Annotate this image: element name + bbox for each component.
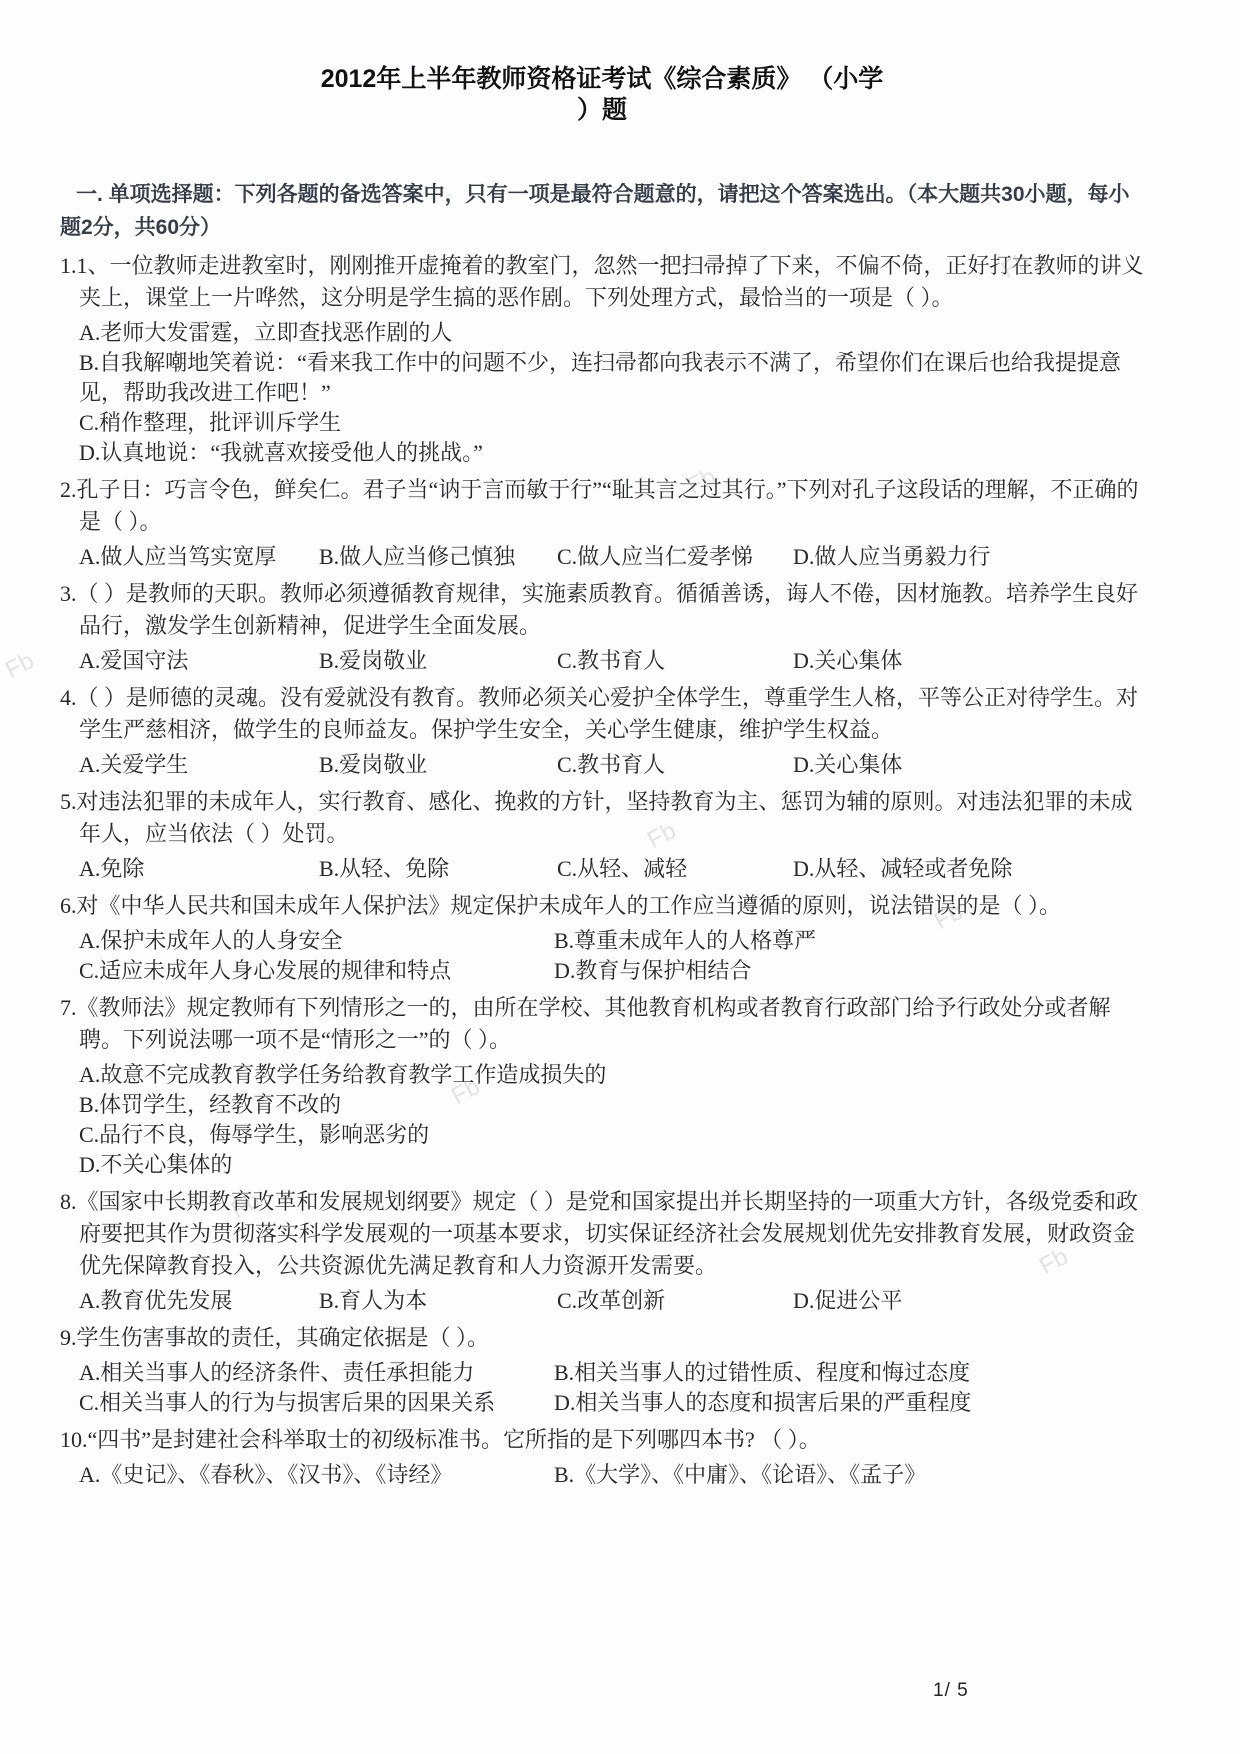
options-group: A.做人应当笃实宽厚B.做人应当修己慎独C.做人应当仁爱孝悌D.做人应当勇毅力行 [79,542,1144,572]
question-block: 7.《教师法》规定教师有下列情形之一的，由所在学校、其他教育机构或者教育行政部门… [60,992,1144,1180]
option-item: D.教育与保护相结合 [554,956,1144,986]
question-stem-text: （ ）是师德的灵魂。没有爱就没有教育。教师必须关心爱护全体学生，尊重学生人格，平… [77,685,1139,742]
option-item: B.育人为本 [319,1286,557,1316]
option-item: C.做人应当仁爱孝悌 [557,542,793,572]
option-item: A.免除 [79,854,319,884]
option-item: A.老师大发雷霆，立即查找恶作剧的人 [79,318,1144,348]
question-block: 9.学生伤害事故的责任，其确定依据是（ ）。A.相关当事人的经济条件、责任承担能… [60,1322,1144,1418]
option-item: B.体罚学生，经教育不改的 [79,1090,1144,1120]
option-item: C.改革创新 [557,1286,793,1316]
option-item: A.教育优先发展 [79,1286,319,1316]
page-number: 1/ 5 [933,1680,969,1702]
question-block: 8.《国家中长期教育改革和发展规划纲要》规定（ ）是党和国家提出并长期坚持的一项… [60,1186,1144,1316]
options-group: A.故意不完成教育教学任务给教育教学工作造成损失的B.体罚学生，经教育不改的C.… [79,1060,1144,1180]
question-stem: 4.（ ）是师德的灵魂。没有爱就没有教育。教师必须关心爱护全体学生，尊重学生人格… [60,682,1144,746]
option-item: B.做人应当修己慎独 [319,542,557,572]
question-stem-text: “四书”是封建社会科举取士的初级标准书。它所指的是下列哪四本书? （ ）。 [88,1427,821,1452]
section-heading: 一. 单项选择题：下列各题的备选答案中，只有一项是最符合题意的，请把这个答案选出… [60,178,1144,244]
options-group: A.免除B.从轻、免除C.从轻、减轻D.从轻、减轻或者免除 [79,854,1144,884]
option-item: D.关心集体 [793,750,1144,780]
option-item: B.《大学》、《中庸》、《论语》、《孟子》 [554,1460,1144,1490]
options-group: A.老师大发雷霆，立即查找恶作剧的人B.自我解嘲地笑着说：“看来我工作中的问题不… [79,318,1144,468]
document-content: 2012年上半年教师资格证考试《综合素质》 （小学 ）题 一. 单项选择题：下列… [0,0,1240,1490]
question-block: 1.1、一位教师走进教室时，刚刚推开虚掩着的教室门，忽然一把扫帚掉了下来，不偏不… [60,250,1144,468]
page-title: 2012年上半年教师资格证考试《综合素质》 （小学 ）题 [232,64,972,126]
question-stem-text: 一位教师走进教室时，刚刚推开虚掩着的教室门，忽然一把扫帚掉了下来，不偏不倚，正好… [79,253,1144,310]
option-item: D.不关心集体的 [79,1150,1144,1180]
question-stem: 7.《教师法》规定教师有下列情形之一的，由所在学校、其他教育机构或者教育行政部门… [60,992,1144,1056]
option-item: D.关心集体 [793,646,1144,676]
question-list: 1.1、一位教师走进教室时，刚刚推开虚掩着的教室门，忽然一把扫帚掉了下来，不偏不… [60,250,1144,1490]
question-number: 1.1、 [60,253,110,278]
option-item: A.做人应当笃实宽厚 [79,542,319,572]
option-item: A.《史记》、《春秋》、《汉书》、《诗经》 [79,1460,554,1490]
option-item: B.爱岗敬业 [319,646,557,676]
question-number: 10. [60,1427,88,1452]
question-stem-text: 学生伤害事故的责任，其确定依据是（ ）。 [77,1325,490,1350]
option-item: D.认真地说：“我就喜欢接受他人的挑战。” [79,438,1144,468]
question-block: 4.（ ）是师德的灵魂。没有爱就没有教育。教师必须关心爱护全体学生，尊重学生人格… [60,682,1144,780]
option-item: D.相关当事人的态度和损害后果的严重程度 [554,1388,1144,1418]
option-item: B.自我解嘲地笑着说：“看来我工作中的问题不少，连扫帚都向我表示不满了，希望你们… [79,348,1144,408]
question-stem: 5.对违法犯罪的未成年人，实行教育、感化、挽救的方针，坚持教育为主、惩罚为辅的原… [60,786,1144,850]
question-stem: 8.《国家中长期教育改革和发展规划纲要》规定（ ）是党和国家提出并长期坚持的一项… [60,1186,1144,1282]
option-item: D.从轻、减轻或者免除 [793,854,1144,884]
question-block: 10.“四书”是封建社会科举取士的初级标准书。它所指的是下列哪四本书? （ ）。… [60,1424,1144,1490]
question-stem: 9.学生伤害事故的责任，其确定依据是（ ）。 [60,1322,1144,1354]
question-number: 9. [60,1325,77,1350]
option-item: A.保护未成年人的人身安全 [79,926,554,956]
option-item: C.教书育人 [557,646,793,676]
question-block: 2.孔子日：巧言令色，鲜矣仁。君子当“讷于言而敏于行”“耻其言之过其行。”下列对… [60,474,1144,572]
question-block: 5.对违法犯罪的未成年人，实行教育、感化、挽救的方针，坚持教育为主、惩罚为辅的原… [60,786,1144,884]
question-stem-text: （ ）是教师的天职。教师必须遵循教育规律，实施素质教育。循循善诱，诲人不倦，因材… [77,581,1139,638]
question-number: 6. [60,893,77,918]
question-stem: 6.对《中华人民共和国未成年人保护法》规定保护未成年人的工作应当遵循的原则，说法… [60,890,1144,922]
title-line-1: 2012年上半年教师资格证考试《综合素质》 （小学 [232,64,972,95]
option-item: D.促进公平 [793,1286,1144,1316]
options-group: A.相关当事人的经济条件、责任承担能力B.相关当事人的过错性质、程度和悔过态度C… [79,1358,1144,1418]
option-item: B.从轻、免除 [319,854,557,884]
question-stem-text: 对《中华人民共和国未成年人保护法》规定保护未成年人的工作应当遵循的原则，说法错误… [77,893,1062,918]
question-stem-text: 孔子日：巧言令色，鲜矣仁。君子当“讷于言而敏于行”“耻其言之过其行。”下列对孔子… [77,477,1139,534]
title-line-2: ）题 [232,95,972,126]
question-number: 8. [60,1189,77,1214]
question-stem: 2.孔子日：巧言令色，鲜矣仁。君子当“讷于言而敏于行”“耻其言之过其行。”下列对… [60,474,1144,538]
option-item: C.从轻、减轻 [557,854,793,884]
option-item: C.适应未成年人身心发展的规律和特点 [79,956,554,986]
question-number: 2. [60,477,77,502]
option-item: C.相关当事人的行为与损害后果的因果关系 [79,1388,554,1418]
options-group: A.《史记》、《春秋》、《汉书》、《诗经》B.《大学》、《中庸》、《论语》、《孟… [79,1460,1144,1490]
question-number: 3. [60,581,77,606]
option-item: C.品行不良，侮辱学生，影响恶劣的 [79,1120,1144,1150]
option-item: C.教书育人 [557,750,793,780]
question-number: 4. [60,685,77,710]
question-stem-text: 《教师法》规定教师有下列情形之一的，由所在学校、其他教育机构或者教育行政部门给予… [77,995,1111,1052]
option-item: C.稍作整理，批评训斥学生 [79,408,1144,438]
option-item: A.故意不完成教育教学任务给教育教学工作造成损失的 [79,1060,1144,1090]
question-number: 5. [60,789,77,814]
question-block: 3.（ ）是教师的天职。教师必须遵循教育规律，实施素质教育。循循善诱，诲人不倦，… [60,578,1144,676]
question-stem: 10.“四书”是封建社会科举取士的初级标准书。它所指的是下列哪四本书? （ ）。 [60,1424,1144,1456]
question-stem: 3.（ ）是教师的天职。教师必须遵循教育规律，实施素质教育。循循善诱，诲人不倦，… [60,578,1144,642]
options-group: A.爱国守法B.爱岗敬业C.教书育人D.关心集体 [79,646,1144,676]
option-item: B.尊重未成年人的人格尊严 [554,926,1144,956]
question-stem: 1.1、一位教师走进教室时，刚刚推开虚掩着的教室门，忽然一把扫帚掉了下来，不偏不… [60,250,1144,314]
question-block: 6.对《中华人民共和国未成年人保护法》规定保护未成年人的工作应当遵循的原则，说法… [60,890,1144,986]
question-stem-text: 对违法犯罪的未成年人，实行教育、感化、挽救的方针，坚持教育为主、惩罚为辅的原则。… [77,789,1133,846]
option-item: B.相关当事人的过错性质、程度和悔过态度 [554,1358,1144,1388]
options-group: A.关爱学生B.爱岗敬业C.教书育人D.关心集体 [79,750,1144,780]
options-group: A.保护未成年人的人身安全B.尊重未成年人的人格尊严C.适应未成年人身心发展的规… [79,926,1144,986]
option-item: D.做人应当勇毅力行 [793,542,1144,572]
option-item: B.爱岗敬业 [319,750,557,780]
options-group: A.教育优先发展B.育人为本C.改革创新D.促进公平 [79,1286,1144,1316]
question-number: 7. [60,995,77,1020]
option-item: A.关爱学生 [79,750,319,780]
option-item: A.爱国守法 [79,646,319,676]
question-stem-text: 《国家中长期教育改革和发展规划纲要》规定（ ）是党和国家提出并长期坚持的一项重大… [77,1189,1139,1278]
option-item: A.相关当事人的经济条件、责任承担能力 [79,1358,554,1388]
document-page: 2012年上半年教师资格证考试《综合素质》 （小学 ）题 一. 单项选择题：下列… [0,0,1240,1754]
